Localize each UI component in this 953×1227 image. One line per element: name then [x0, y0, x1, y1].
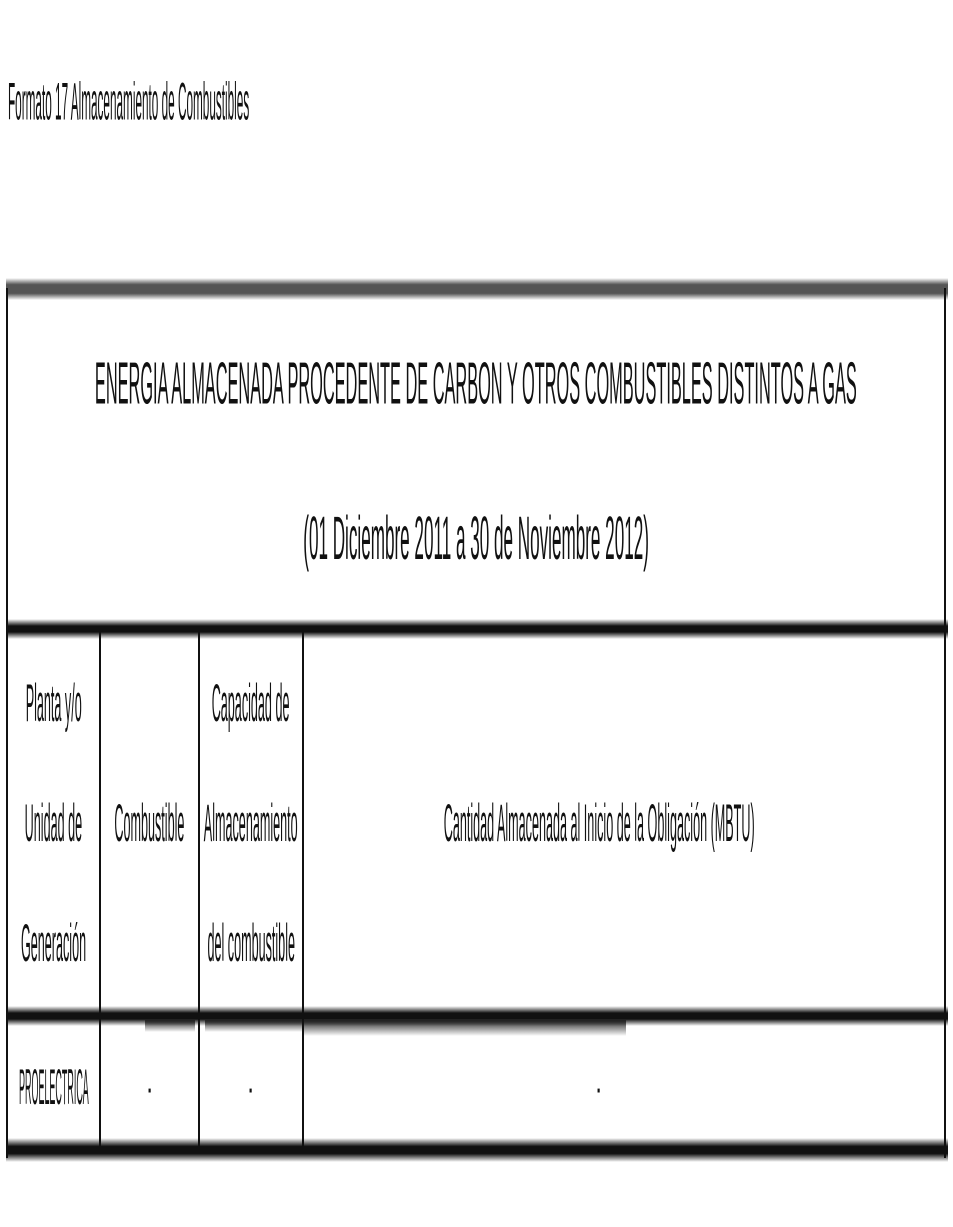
table-title-text: ENERGIA ALMACENADA PROCEDENTE DE CARBON …	[95, 352, 857, 419]
table-cell-combustible: -	[101, 1030, 198, 1145]
table-period-text: (01 Diciembre 2011 a 30 de Noviembre 201…	[303, 506, 649, 575]
cell-text: -	[597, 1059, 600, 1117]
cell-text: -	[249, 1059, 252, 1117]
header-planta-line: Planta y/o	[25, 675, 81, 735]
format-title-text: Formato 17 Almacenamiento de Combustible…	[8, 72, 249, 133]
header-planta-line: Generación	[21, 915, 86, 975]
table-title: ENERGIA ALMACENADA PROCEDENTE DE CARBON …	[8, 330, 944, 440]
table-cell-capacidad: -	[200, 1030, 302, 1145]
header-planta-line: Unidad de	[25, 795, 82, 855]
header-capacidad: Capacidad de Almacenamiento del combusti…	[200, 645, 302, 1005]
header-planta: Planta y/o Unidad de Generación	[8, 645, 99, 1005]
table-cell-planta: PROELECTRICA	[8, 1030, 99, 1145]
header-cantidad: Cantidad Almacenada al Inicio de la Obli…	[304, 645, 894, 1005]
header-cantidad-text: Cantidad Almacenada al Inicio de la Obli…	[444, 795, 755, 855]
table-cell-cantidad: -	[304, 1030, 894, 1145]
title-band-divider	[6, 619, 948, 639]
cell-text: PROELECTRICA	[19, 1059, 89, 1117]
header-capacidad-line: Almacenamiento	[204, 795, 298, 855]
header-capacidad-line: del combustible	[207, 915, 295, 975]
table-right-border	[944, 288, 946, 1158]
header-capacidad-line: Capacidad de	[212, 675, 290, 735]
cell-text: -	[148, 1059, 151, 1117]
table-bottom-border	[6, 1138, 948, 1162]
table-period: (01 Diciembre 2011 a 30 de Noviembre 201…	[8, 485, 944, 595]
format-title: Formato 17 Almacenamiento de Combustible…	[8, 72, 408, 132]
table-top-border	[6, 278, 948, 300]
